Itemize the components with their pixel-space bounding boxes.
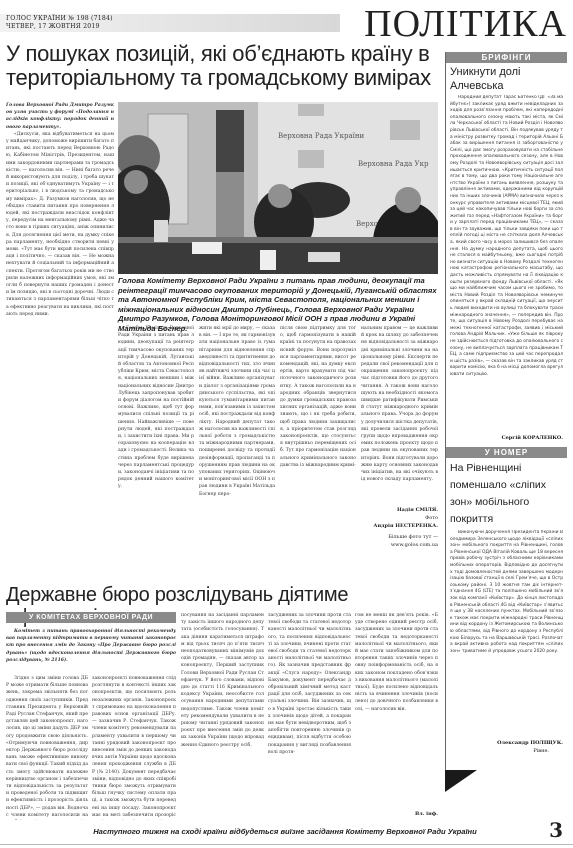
sidebar-story-1-title: Уникнути долі Алчевська [446,63,567,95]
main-article-column-5: нальним правом — це важливий крок на шля… [361,325,438,505]
masthead: ГОЛОС УКРАЇНИ № 198 (7184) ЧЕТВЕР, 17 ЖО… [6,15,113,31]
bottom-rule [0,844,573,845]
paper-issue: ГОЛОС УКРАЇНИ № 198 (7184) [6,15,113,23]
more-photos-link[interactable]: www.golos.com.ua [361,541,438,549]
sidebar-story-2-byline: Олександр ПОЛІЩУК. [446,740,567,748]
second-article-byline: Вл. інф. [355,810,438,818]
sidebar-story-2-place: Рівне. [446,748,567,756]
photographer: Андрія НЕСТЕРЕНКА. [361,522,438,530]
photo-label: Фото [361,514,438,522]
main-article-lead: Голова Верховної Ради Дмитро Разумков уз… [6,102,114,131]
second-article-column-1: Згідно з цим зміни голова ДБР може отрим… [6,675,88,820]
main-article-credits: Надія СМІЛЯ. Фото Андрія НЕСТЕРЕНКА. Біл… [361,506,438,549]
main-photo: Верховна Рада України Верховна Рада Укр … [118,102,438,274]
svg-text:Верховна Рада Укр: Верховна Рада Укр [358,160,429,168]
more-photos-label: Більше фото тут — [361,533,438,541]
sidebar-story-2-body: Виконуючи доручення Президента України В… [446,530,567,740]
main-article-column-1: Голова Верховної Ради Дмитро Разумков уз… [6,102,114,570]
section-label-briefings: БРИФІНГИ [446,52,567,63]
issue-date: ЧЕТВЕР, 17 ЖОВТНЯ 2019 [6,23,113,31]
sidebar-story-1-body: Народний депутат Тарас Батенко (ДГ «За м… [446,95,567,433]
author-byline: Надія СМІЛЯ. [361,506,438,514]
sidebar-story-1-byline: Сергій КОРАЛЕНКО. [446,433,567,443]
section-label-in-issue: У НОМЕР [446,447,567,458]
page-number: 3 [549,818,563,842]
sidebar: БРИФІНГИ Уникнути долі Алчевська Народни… [445,52,567,790]
main-article-body-1: «Дискусія, яка відбуватиметься на цьому … [6,131,114,318]
section-label-committees: У КОМІТЕТАХ ВЕРХОВНОЇ РАДИ [6,612,176,623]
second-article-column-5: гом не менш як дев’ять років. «Буде ство… [355,612,438,810]
section-rubric: ПОЛІТИКА [364,4,567,44]
photo-illustration: Верховна Рада України Верховна Рада Укр … [118,102,438,274]
second-article-lead: Комітет з питань правоохоронної діяльнос… [6,628,176,672]
second-article-column-2: законопроєкті повноваження слід розгляну… [92,675,176,820]
second-article-column-4: засуджених за злочини проти статевої сво… [268,612,351,820]
main-article-column-4: після свою підтримку для того, щоб гармо… [280,325,356,570]
second-article-column-3: посування на засіданні парламенту заміст… [181,612,264,820]
main-article-column-3: жити які мрії до миру, — сказав він. — І… [199,325,275,570]
sidebar-story-2-title: На Рівненщині поменшало «сліпих зон» моб… [446,458,567,530]
svg-text:Верховна Рада України: Верховна Рада України [278,132,365,140]
corner-triangle-ornament [445,770,477,792]
footer-teaser: Наступного тижня на сході країни відбуде… [70,827,500,836]
main-headline: У пошуках позицій, які об’єднають країну… [6,42,436,90]
main-article-column-2: Голова Комітету Верховної Ради України з… [118,325,194,570]
